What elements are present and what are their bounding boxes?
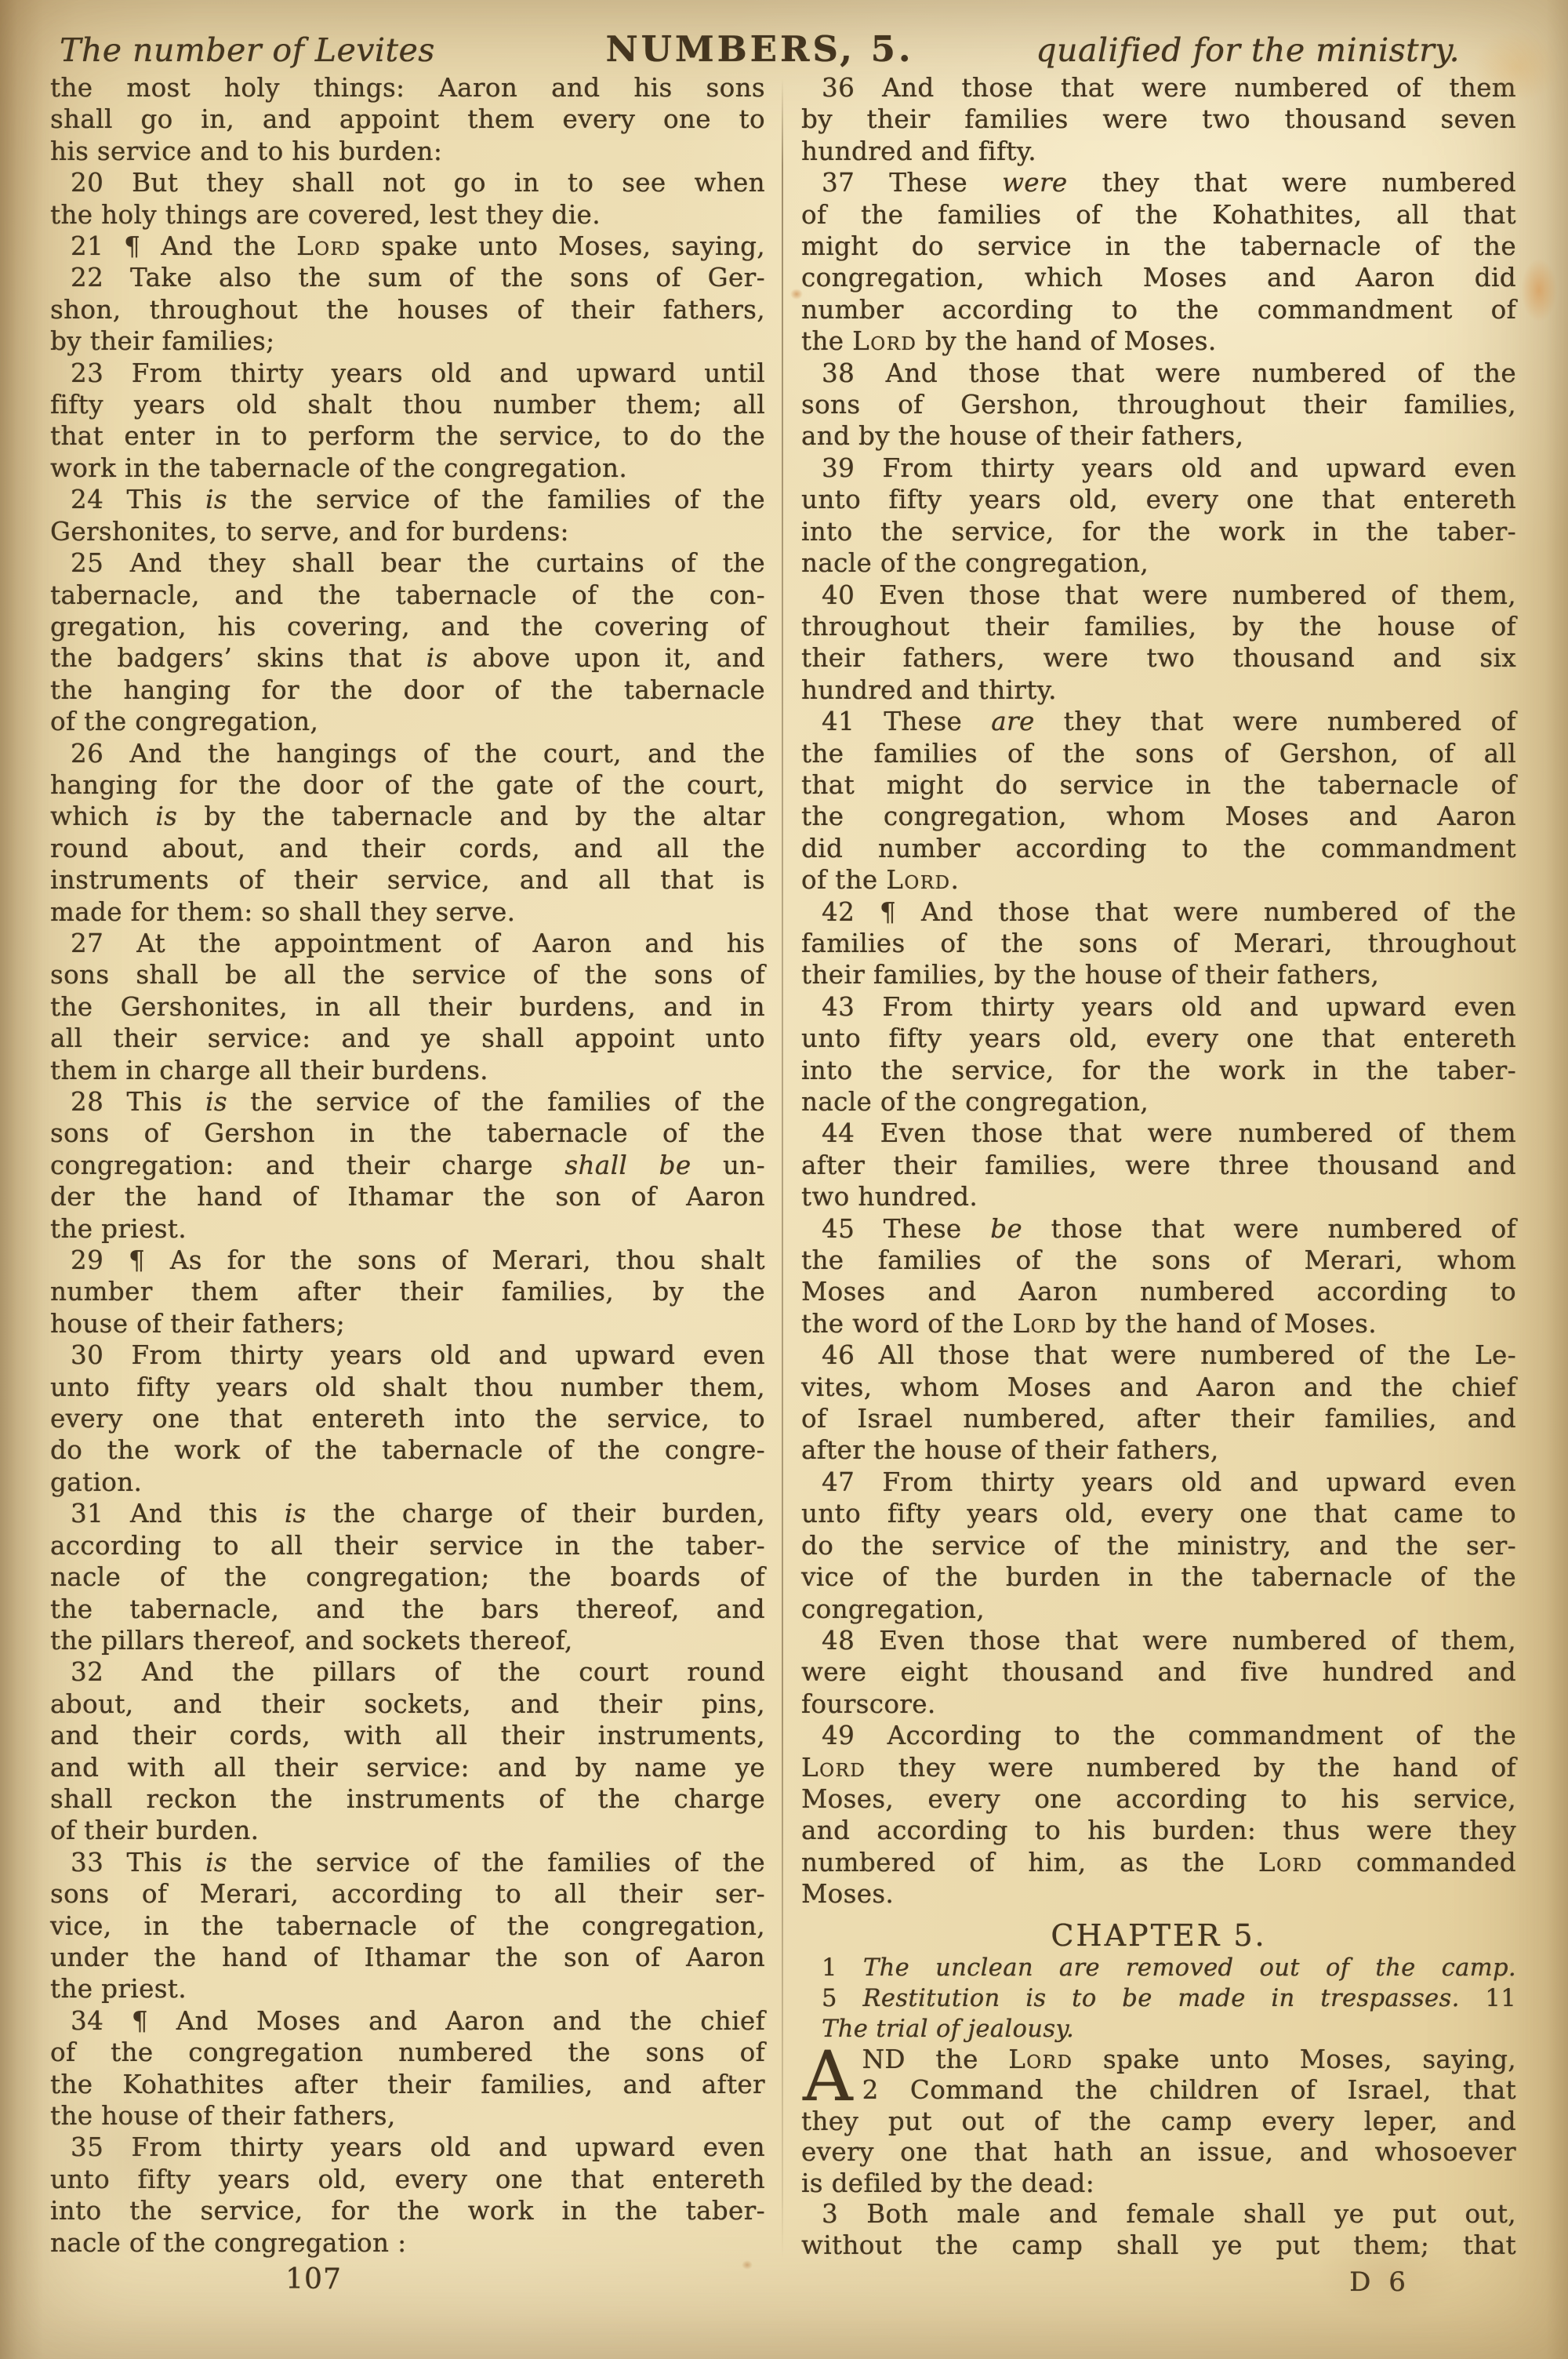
- text-line: work in the tabernacle of the congregati…: [50, 453, 765, 484]
- text-line: every one that entereth into the service…: [50, 1403, 765, 1434]
- text-line: the hanging for the door of the tabernac…: [50, 674, 765, 706]
- page-number: 107: [235, 2263, 392, 2295]
- text-line: and their cords, with all their instrume…: [50, 1720, 765, 1751]
- text-line: after the house of their fathers,: [801, 1434, 1516, 1466]
- verse-paragraph: 37 These were they that were numberedof …: [801, 167, 1516, 357]
- text-line: the word of the Lord by the hand of Mose…: [801, 1308, 1516, 1339]
- text-line: der the hand of Ithamar the son of Aaron: [50, 1181, 765, 1212]
- column-divider: [782, 78, 783, 2259]
- verse-paragraph: 34 ¶ And Moses and Aaron and the chiefof…: [50, 2005, 765, 2132]
- text-line: 48 Even those that were numbered of them…: [801, 1625, 1516, 1656]
- dropcap-paragraph-group: AND the Lord spake unto Moses, saying,2 …: [801, 2045, 1516, 2262]
- text-line: vites, whom Moses and Aaron and the chie…: [801, 1372, 1516, 1403]
- text-line: tabernacle, and the tabernacle of the co…: [50, 580, 765, 611]
- text-line: might do service in the tabernacle of th…: [801, 231, 1516, 262]
- text-line: 27 At the appointment of Aaron and his: [50, 928, 765, 959]
- text-line: and according to his burden: thus were t…: [801, 1815, 1516, 1846]
- text-line: gation.: [50, 1467, 765, 1498]
- text-line: nacle of the congregation :: [50, 2227, 765, 2259]
- verse-paragraph: 27 At the appointment of Aaron and hisso…: [50, 928, 765, 1086]
- verse-paragraph: 32 And the pillars of the court roundabo…: [50, 1656, 765, 1846]
- text-line: sons of Gershon in the tabernacle of the: [50, 1118, 765, 1149]
- verse-paragraph: 29 ¶ As for the sons of Merari, thou sha…: [50, 1245, 765, 1339]
- text-line: 49 According to the commandment of the: [801, 1720, 1516, 1751]
- text-line: the holy things are covered, lest they d…: [50, 199, 765, 231]
- text-line: 31 And this is the charge of their burde…: [50, 1498, 765, 1529]
- lord-small-caps: Lord: [886, 865, 950, 895]
- text-line: vice of the burden in the tabernacle of …: [801, 1561, 1516, 1593]
- text-line: nacle of the congregation,: [801, 547, 1516, 579]
- text-line: their families, by the house of their fa…: [801, 959, 1516, 990]
- lord-small-caps: Lord: [801, 1753, 866, 1783]
- verse-paragraph: 36 And those that were numbered of themb…: [801, 72, 1516, 167]
- text-line: 41 These are they that were numbered of: [801, 706, 1516, 737]
- text-line: of the congregation,: [50, 706, 765, 737]
- text-line: shon, throughout the houses of their fat…: [50, 294, 765, 325]
- text-line: sons of Gershon, throughout their famili…: [801, 389, 1516, 420]
- text-line: sons of Merari, according to all their s…: [50, 1878, 765, 1910]
- text-line: Moses.: [801, 1878, 1516, 1910]
- lord-small-caps: Lord: [1013, 1309, 1077, 1339]
- chapter-heading: CHAPTER 5.: [801, 1918, 1516, 1953]
- text-line: round about, and their cords, and all th…: [50, 833, 765, 864]
- verse-paragraph: 44 Even those that were numbered of them…: [801, 1118, 1516, 1212]
- verse-paragraph: 35 From thirty years old and upward even…: [50, 2132, 765, 2259]
- text-line: all their service: and ye shall appoint …: [50, 1023, 765, 1054]
- verse-paragraph: 24 This is the service of the families o…: [50, 484, 765, 547]
- text-line: 20 But they shall not go in to see when: [50, 167, 765, 198]
- verse-paragraph: 45 These be those that were numbered oft…: [801, 1213, 1516, 1340]
- text-line: into the service, for the work in the ta…: [50, 2195, 765, 2226]
- text-line: hundred and fifty.: [801, 136, 1516, 167]
- text-line: 32 And the pillars of the court round: [50, 1656, 765, 1688]
- text-line: of Israel numbered, after their families…: [801, 1403, 1516, 1434]
- text-line: they put out of the camp every leper, an…: [801, 2106, 1516, 2138]
- text-line: their fathers, were two thousand and six: [801, 642, 1516, 674]
- text-line: into the service, for the work in the ta…: [801, 1055, 1516, 1086]
- text-line: instruments of their service, and all th…: [50, 864, 765, 896]
- text-line: the families of the sons of Merari, whom: [801, 1245, 1516, 1276]
- text-line: made for them: so shall they serve.: [50, 896, 765, 928]
- text-line: the congregation, whom Moses and Aaron: [801, 801, 1516, 832]
- right-column: 36 And those that were numbered of themb…: [801, 72, 1516, 2261]
- verse-paragraph: 22 Take also the sum of the sons of Ger-…: [50, 262, 765, 357]
- text-line: 24 This is the service of the families o…: [50, 484, 765, 515]
- text-line: gregation, his covering, and the coverin…: [50, 611, 765, 642]
- text-line: number them after their families, by the: [50, 1276, 765, 1307]
- running-head-right: qualified for the ministry.: [914, 31, 1460, 69]
- text-line: fifty years old shalt thou number them; …: [50, 389, 765, 420]
- text-line: which is by the tabernacle and by the al…: [50, 801, 765, 832]
- text-line: of the congregation numbered the sons of: [50, 2037, 765, 2068]
- verse-paragraph: 21 ¶ And the Lord spake unto Moses, sayi…: [50, 231, 765, 262]
- text-line: 22 Take also the sum of the sons of Ger-: [50, 262, 765, 293]
- verse-paragraph: 26 And the hangings of the court, and th…: [50, 738, 765, 928]
- text-line: did number according to the commandment: [801, 833, 1516, 864]
- text-line: do the service of the ministry, and the …: [801, 1530, 1516, 1561]
- verse-paragraph: ND the Lord spake unto Moses, saying,: [801, 2045, 1516, 2076]
- text-line: congregation, which Moses and Aaron did: [801, 262, 1516, 293]
- text-line: 36 And those that were numbered of them: [801, 72, 1516, 104]
- text-line: after their families, were three thousan…: [801, 1150, 1516, 1181]
- chapter-summary: 1 The unclean are removed out of the cam…: [801, 1953, 1516, 2045]
- text-line: shall reckon the instruments of the char…: [50, 1783, 765, 1815]
- text-line: and by the house of their fathers,: [801, 420, 1516, 452]
- verse-paragraph: the most holy things: Aaron and his sons…: [50, 72, 765, 167]
- verse-paragraph: 2 Command the children of Israel, thatth…: [801, 2075, 1516, 2199]
- lord-small-caps: Lord: [852, 326, 916, 356]
- text-line: shall go in, and appoint them every one …: [50, 104, 765, 135]
- lord-small-caps: Lord: [1008, 2045, 1073, 2074]
- left-column: the most holy things: Aaron and his sons…: [50, 72, 765, 2259]
- text-line: the Lord by the hand of Moses.: [801, 325, 1516, 357]
- text-line: 29 ¶ As for the sons of Merari, thou sha…: [50, 1245, 765, 1276]
- text-line: 28 This is the service of the families o…: [50, 1086, 765, 1118]
- text-line: 39 From thirty years old and upward even: [801, 453, 1516, 484]
- verse-paragraph: 30 From thirty years old and upward even…: [50, 1339, 765, 1498]
- text-line: 40 Even those that were numbered of them…: [801, 580, 1516, 611]
- text-line: into the service, for the work in the ta…: [801, 516, 1516, 547]
- text-line: nacle of the congregation; the boards of: [50, 1561, 765, 1593]
- text-line: families of the sons of Merari, througho…: [801, 928, 1516, 959]
- text-line: Lord they were numbered by the hand of: [801, 1752, 1516, 1783]
- text-line: and with all their service: and by name …: [50, 1752, 765, 1783]
- verse-paragraph: 46 All those that were numbered of the L…: [801, 1339, 1516, 1467]
- drop-cap: A: [801, 2045, 862, 2104]
- text-line: unto fifty years old, every one that ent…: [801, 484, 1516, 515]
- running-head-left: The number of Levites: [60, 31, 605, 69]
- text-line: 45 These be those that were numbered of: [801, 1213, 1516, 1245]
- text-line: 34 ¶ And Moses and Aaron and the chief: [50, 2005, 765, 2037]
- verse-paragraph: 3 Both male and female shall ye put out,…: [801, 2199, 1516, 2261]
- printer-signature: D 6: [1325, 2266, 1435, 2298]
- verse-paragraph: 41 These are they that were numbered oft…: [801, 706, 1516, 896]
- text-line: the badgers’ skins that is above upon it…: [50, 642, 765, 674]
- text-line: were eight thousand and five hundred and: [801, 1656, 1516, 1688]
- text-line: do the work of the tabernacle of the con…: [50, 1434, 765, 1466]
- text-line: unto fifty years old, every one that cam…: [801, 1498, 1516, 1529]
- page-title: NUMBERS, 5.: [605, 28, 913, 70]
- text-line: his service and to his burden:: [50, 136, 765, 167]
- lord-small-caps: Lord: [296, 231, 361, 261]
- bible-page: The number of Levites NUMBERS, 5. qualif…: [0, 0, 1568, 2359]
- text-line: ND the Lord spake unto Moses, saying,: [801, 2045, 1516, 2076]
- verse-paragraph: 42 ¶ And those that were numbered of the…: [801, 896, 1516, 991]
- foxing-stain: [1521, 259, 1557, 322]
- text-line: of their burden.: [50, 1815, 765, 1846]
- text-line: them in charge all their burdens.: [50, 1055, 765, 1086]
- verse-paragraph: 49 According to the commandment of theLo…: [801, 1720, 1516, 1910]
- verse-paragraph: 47 From thirty years old and upward even…: [801, 1467, 1516, 1625]
- text-line: 21 ¶ And the Lord spake unto Moses, sayi…: [50, 231, 765, 262]
- verse-paragraph: 43 From thirty years old and upward even…: [801, 991, 1516, 1118]
- text-line: the house of their fathers,: [50, 2100, 765, 2132]
- text-line: the Kohathites after their families, and…: [50, 2069, 765, 2100]
- verse-paragraph: 31 And this is the charge of their burde…: [50, 1498, 765, 1656]
- text-line: 2 Command the children of Israel, that: [801, 2075, 1516, 2106]
- text-line: the priest.: [50, 1213, 765, 1245]
- text-line: 30 From thirty years old and upward even: [50, 1339, 765, 1371]
- text-line: 38 And those that were numbered of the: [801, 358, 1516, 389]
- verse-paragraph: 40 Even those that were numbered of them…: [801, 580, 1516, 707]
- text-line: without the camp shall ye put them; that: [801, 2230, 1516, 2262]
- text-line: by their families were two thousand seve…: [801, 104, 1516, 135]
- text-line: the priest.: [50, 1973, 765, 2005]
- text-line: The trial of jealousy.: [801, 2014, 1516, 2045]
- text-line: 26 And the hangings of the court, and th…: [50, 738, 765, 769]
- text-line: unto fifty years old, every one that ent…: [801, 1023, 1516, 1054]
- text-line: house of their fathers;: [50, 1308, 765, 1339]
- text-line: 47 From thirty years old and upward even: [801, 1467, 1516, 1498]
- text-line: 3 Both male and female shall ye put out,: [801, 2199, 1516, 2230]
- verse-paragraph: 39 From thirty years old and upward even…: [801, 453, 1516, 580]
- verse-paragraph: 28 This is the service of the families o…: [50, 1086, 765, 1245]
- text-line: nacle of the congregation,: [801, 1086, 1516, 1118]
- text-line: the pillars thereof, and sockets thereof…: [50, 1625, 765, 1656]
- text-line: 42 ¶ And those that were numbered of the: [801, 896, 1516, 928]
- text-line: 23 From thirty years old and upward unti…: [50, 358, 765, 389]
- verse-paragraph: 48 Even those that were numbered of them…: [801, 1625, 1516, 1720]
- foxing-stain: [742, 2260, 753, 2270]
- text-line: 43 From thirty years old and upward even: [801, 991, 1516, 1023]
- text-line: 44 Even those that were numbered of them: [801, 1118, 1516, 1149]
- text-line: 46 All those that were numbered of the L…: [801, 1339, 1516, 1371]
- text-line: under the hand of Ithamar the son of Aar…: [50, 1942, 765, 1973]
- text-line: two hundred.: [801, 1181, 1516, 1212]
- text-line: congregation,: [801, 1594, 1516, 1625]
- text-line: 37 These were they that were numbered: [801, 167, 1516, 198]
- text-line: that enter in to perform the service, to…: [50, 420, 765, 452]
- text-line: the Gershonites, in all their burdens, a…: [50, 991, 765, 1023]
- text-line: Moses and Aaron numbered according to: [801, 1276, 1516, 1307]
- verse-paragraph: 33 This is the service of the families o…: [50, 1847, 765, 2005]
- text-line: sons shall be all the service of the son…: [50, 959, 765, 990]
- text-line: Gershonites, to serve, and for burdens:: [50, 516, 765, 547]
- text-line: hundred and thirty.: [801, 674, 1516, 706]
- text-line: throughout their families, by the house …: [801, 611, 1516, 642]
- lord-small-caps: Lord: [1258, 1848, 1323, 1877]
- text-line: 5 Restitution is to be made in trespasse…: [801, 1983, 1516, 2014]
- text-line: according to all their service in the ta…: [50, 1530, 765, 1561]
- verse-paragraph: 20 But they shall not go in to see whent…: [50, 167, 765, 231]
- text-line: the most holy things: Aaron and his sons: [50, 72, 765, 104]
- text-line: number according to the commandment of: [801, 294, 1516, 325]
- verse-paragraph: 38 And those that were numbered of theso…: [801, 358, 1516, 453]
- text-line: about, and their sockets, and their pins…: [50, 1688, 765, 1720]
- text-line: congregation: and their charge shall be …: [50, 1150, 765, 1181]
- text-line: 33 This is the service of the families o…: [50, 1847, 765, 1878]
- text-line: numbered of him, as the Lord commanded: [801, 1847, 1516, 1878]
- text-line: 1 The unclean are removed out of the cam…: [801, 1953, 1516, 1983]
- text-line: is defiled by the dead:: [801, 2168, 1516, 2200]
- text-line: the families of the sons of Gershon, of …: [801, 738, 1516, 769]
- text-line: hanging for the door of the gate of the …: [50, 769, 765, 801]
- text-line: by their families;: [50, 325, 765, 357]
- text-line: Moses, every one according to his servic…: [801, 1783, 1516, 1815]
- text-line: that might do service in the tabernacle …: [801, 769, 1516, 801]
- text-line: of the families of the Kohathites, all t…: [801, 199, 1516, 231]
- text-line: the tabernacle, and the bars thereof, an…: [50, 1594, 765, 1625]
- text-line: 25 And they shall bear the curtains of t…: [50, 547, 765, 579]
- text-line: fourscore.: [801, 1688, 1516, 1720]
- verse-paragraph: 25 And they shall bear the curtains of t…: [50, 547, 765, 737]
- text-line: every one that hath an issue, and whosoe…: [801, 2137, 1516, 2168]
- running-head: The number of Levites NUMBERS, 5. qualif…: [60, 28, 1460, 70]
- text-line: vice, in the tabernacle of the congregat…: [50, 1910, 765, 1942]
- text-line: unto fifty years old shalt thou number t…: [50, 1372, 765, 1403]
- text-line: of the Lord.: [801, 864, 1516, 896]
- text-line: unto fifty years old, every one that ent…: [50, 2164, 765, 2195]
- verse-paragraph: 23 From thirty years old and upward unti…: [50, 358, 765, 485]
- text-line: 35 From thirty years old and upward even: [50, 2132, 765, 2163]
